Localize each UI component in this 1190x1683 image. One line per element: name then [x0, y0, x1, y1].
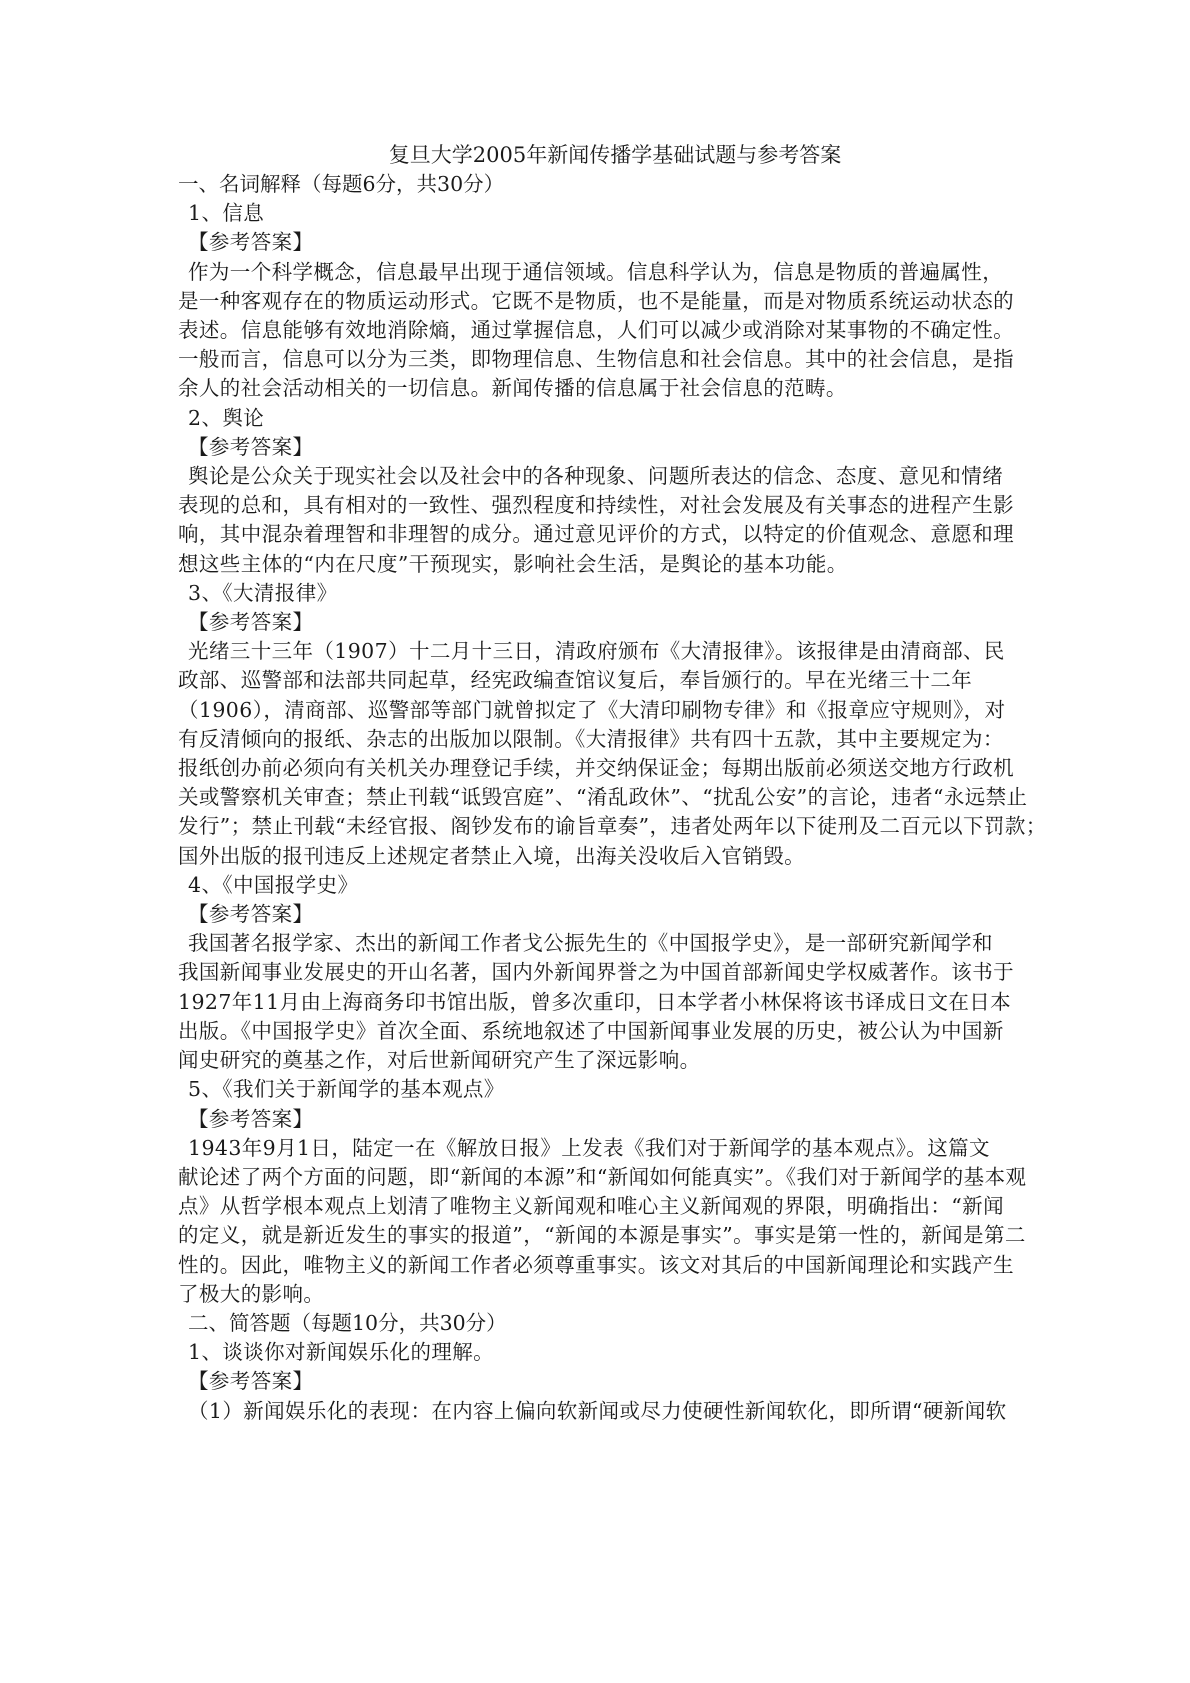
answer-line: 我国新闻事业发展史的开山名著，国内外新闻界誉之为中国首部新闻史学权威著作。该书于 — [178, 958, 1022, 987]
answer-line: 舆论是公众关于现实社会以及社会中的各种现象、问题所表达的信念、态度、意见和情绪 — [178, 462, 1022, 491]
question-heading: 1、谈谈你对新闻娱乐化的理解。 — [178, 1338, 1022, 1367]
answer-label: 【参考答案】 — [178, 1367, 1022, 1396]
answer-line: 点》从哲学根本观点上划清了唯物主义新闻观和唯心主义新闻观的界限，明确指出：“新闻 — [178, 1192, 1022, 1221]
section-heading-1: 一、名词解释（每题6分，共30分） — [178, 170, 1022, 199]
answer-line: 国外出版的报刊违反上述规定者禁止入境，出海关没收后入官销毁。 — [178, 842, 1022, 871]
question-heading: 1、信息 — [178, 199, 1022, 228]
answer-label: 【参考答案】 — [178, 900, 1022, 929]
question-heading: 5、《我们关于新闻学的基本观点》 — [178, 1075, 1022, 1104]
section-heading-2: 二、简答题（每题10分，共30分） — [178, 1309, 1022, 1338]
answer-line: 发行”；禁止刊载“未经官报、阁钞发布的谕旨章奏”，违者处两年以下徒刑及二百元以下… — [178, 812, 1022, 841]
answer-line: （1906），清商部、巡警部等部门就曾拟定了《大清印刷物专律》和《报章应守规则》… — [178, 696, 1022, 725]
answer-line: 出版。《中国报学史》首次全面、系统地叙述了中国新闻事业发展的历史，被公认为中国新 — [178, 1017, 1022, 1046]
document-title: 复旦大学2005年新闻传播学基础试题与参考答案 — [208, 140, 1022, 170]
answer-line: 响，其中混杂着理智和非理智的成分。通过意见评价的方式，以特定的价值观念、意愿和理 — [178, 520, 1022, 549]
answer-label: 【参考答案】 — [178, 1105, 1022, 1134]
answer-label: 【参考答案】 — [178, 433, 1022, 462]
answer-line: 是一种客观存在的物质运动形式。它既不是物质，也不是能量，而是对物质系统运动状态的 — [178, 287, 1022, 316]
answer-line: 关或警察机关审查；禁止刊载“诋毁宫庭”、“淆乱政休”、“扰乱公安”的言论，违者“… — [178, 783, 1022, 812]
answer-line: 献论述了两个方面的问题，即“新闻的本源”和“新闻如何能真实”。《我们对于新闻学的… — [178, 1163, 1022, 1192]
answer-line: 想这些主体的“内在尺度”干预现实，影响社会生活，是舆论的基本功能。 — [178, 550, 1022, 579]
answer-label: 【参考答案】 — [178, 608, 1022, 637]
question-heading: 3、《大清报律》 — [178, 579, 1022, 608]
answer-line: 有反清倾向的报纸、杂志的出版加以限制。《大清报律》共有四十五款，其中主要规定为： — [178, 725, 1022, 754]
answer-line: 作为一个科学概念，信息最早出现于通信领域。信息科学认为，信息是物质的普遍属性， — [178, 258, 1022, 287]
answer-line: 了极大的影响。 — [178, 1280, 1022, 1309]
answer-line: 性的。因此，唯物主义的新闻工作者必须尊重事实。该文对其后的中国新闻理论和实践产生 — [178, 1251, 1022, 1280]
answer-line: 一般而言，信息可以分为三类，即物理信息、生物信息和社会信息。其中的社会信息，是指 — [178, 345, 1022, 374]
answer-line: （1）新闻娱乐化的表现：在内容上偏向软新闻或尽力使硬性新闻软化，即所谓“硬新闻软 — [178, 1397, 1022, 1426]
answer-line: 余人的社会活动相关的一切信息。新闻传播的信息属于社会信息的范畴。 — [178, 374, 1022, 403]
answer-line: 1927年11月由上海商务印书馆出版，曾多次重印，日本学者小林保将该书译成日文在… — [178, 988, 1022, 1017]
answer-line: 我国著名报学家、杰出的新闻工作者戈公振先生的《中国报学史》，是一部研究新闻学和 — [178, 929, 1022, 958]
question-heading: 2、舆论 — [178, 404, 1022, 433]
answer-line: 的定义，就是新近发生的事实的报道”，“新闻的本源是事实”。事实是第一性的，新闻是… — [178, 1221, 1022, 1250]
document-page: 复旦大学2005年新闻传播学基础试题与参考答案 一、名词解释（每题6分，共30分… — [178, 140, 1022, 1426]
answer-line: 表现的总和，具有相对的一致性、强烈程度和持续性，对社会发展及有关事态的进程产生影 — [178, 491, 1022, 520]
answer-line: 1943年9月1日，陆定一在《解放日报》上发表《我们对于新闻学的基本观点》。这篇… — [178, 1134, 1022, 1163]
answer-line: 表述。信息能够有效地消除熵，通过掌握信息，人们可以减少或消除对某事物的不确定性。 — [178, 316, 1022, 345]
answer-line: 闻史研究的奠基之作，对后世新闻研究产生了深远影响。 — [178, 1046, 1022, 1075]
answer-label: 【参考答案】 — [178, 228, 1022, 257]
answer-line: 报纸创办前必须向有关机关办理登记手续，并交纳保证金；每期出版前必须送交地方行政机 — [178, 754, 1022, 783]
question-heading: 4、《中国报学史》 — [178, 871, 1022, 900]
answer-line: 政部、巡警部和法部共同起草，经宪政编查馆议复后，奉旨颁行的。早在光绪三十二年 — [178, 666, 1022, 695]
answer-line: 光绪三十三年（1907）十二月十三日，清政府颁布《大清报律》。该报律是由清商部、… — [178, 637, 1022, 666]
